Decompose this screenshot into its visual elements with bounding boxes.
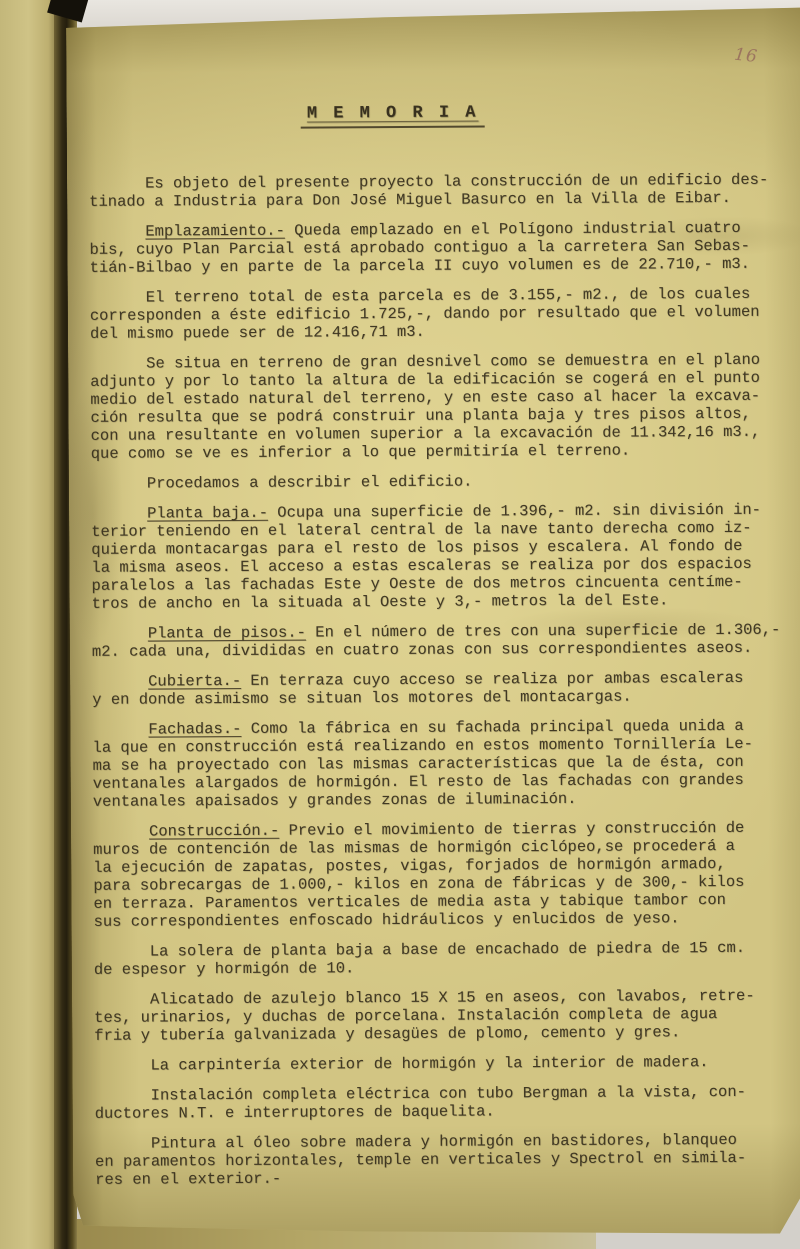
document-page: 16 M E M O R I A Es objeto del presente … (66, 7, 800, 1238)
paragraph-text: Procedamos a describir el edificio. (147, 473, 473, 493)
paragraph: Construcción.- Previo el movimiento de t… (93, 819, 786, 931)
previous-page-edge (0, 0, 57, 1249)
paragraph-text: El terreno total de esta parcela es de 3… (90, 285, 760, 343)
page-content: M E M O R I A Es objeto del presente pro… (88, 8, 787, 1201)
paragraph: Fachadas.- Como la fábrica en su fachada… (92, 717, 785, 811)
paragraph: Alicatado de azulejo blanco 15 X 15 en a… (94, 987, 786, 1045)
section-heading: Fachadas.- (148, 720, 241, 739)
paragraph-text: Pintura al óleo sobre madera y hormigón … (95, 1131, 746, 1189)
paragraph: Planta de pisos.- En el número de tres c… (92, 621, 784, 661)
section-heading: Emplazamiento.- (145, 222, 285, 241)
document-body: Es objeto del presente proyecto la const… (89, 171, 787, 1189)
paragraph: Emplazamiento.- Queda emplazado en el Po… (89, 219, 781, 277)
paragraph: Es objeto del presente proyecto la const… (89, 171, 781, 211)
paragraph-text: Es objeto del presente proyecto la const… (89, 171, 768, 211)
paragraph: Pintura al óleo sobre madera y hormigón … (95, 1131, 787, 1189)
paragraph: Procedamos a describir el edificio. (91, 471, 783, 493)
section-heading: Cubierta.- (148, 672, 241, 691)
paragraph: La carpintería exterior de hormigón y la… (94, 1053, 786, 1075)
document-title-text: M E M O R I A (301, 103, 485, 128)
section-heading: Planta baja.- (147, 504, 268, 523)
paragraph: Cubierta.- En terraza cuyo acceso se rea… (92, 669, 784, 709)
paragraph: Instalación completa eléctrica con tubo … (95, 1083, 787, 1123)
paragraph-text: Alicatado de azulejo blanco 15 X 15 en a… (94, 987, 755, 1045)
paragraph: Se situa en terreno de gran desnivel com… (90, 351, 783, 463)
paragraph: La solera de planta baja a base de encac… (94, 939, 786, 979)
paragraph-text: La solera de planta baja a base de encac… (94, 939, 745, 979)
section-heading: Construcción.- (149, 822, 279, 841)
paragraph-text: Instalación completa eléctrica con tubo … (95, 1083, 746, 1123)
paragraph: Planta baja.- Ocupa una superficie de 1.… (91, 501, 784, 613)
paragraph-text: La carpintería exterior de hormigón y la… (150, 1053, 708, 1074)
paragraph-text: Se situa en terreno de gran desnivel com… (90, 351, 760, 463)
section-heading: Planta de pisos.- (148, 624, 306, 643)
document-title: M E M O R I A (47, 102, 739, 125)
paragraph: El terreno total de esta parcela es de 3… (90, 285, 782, 343)
